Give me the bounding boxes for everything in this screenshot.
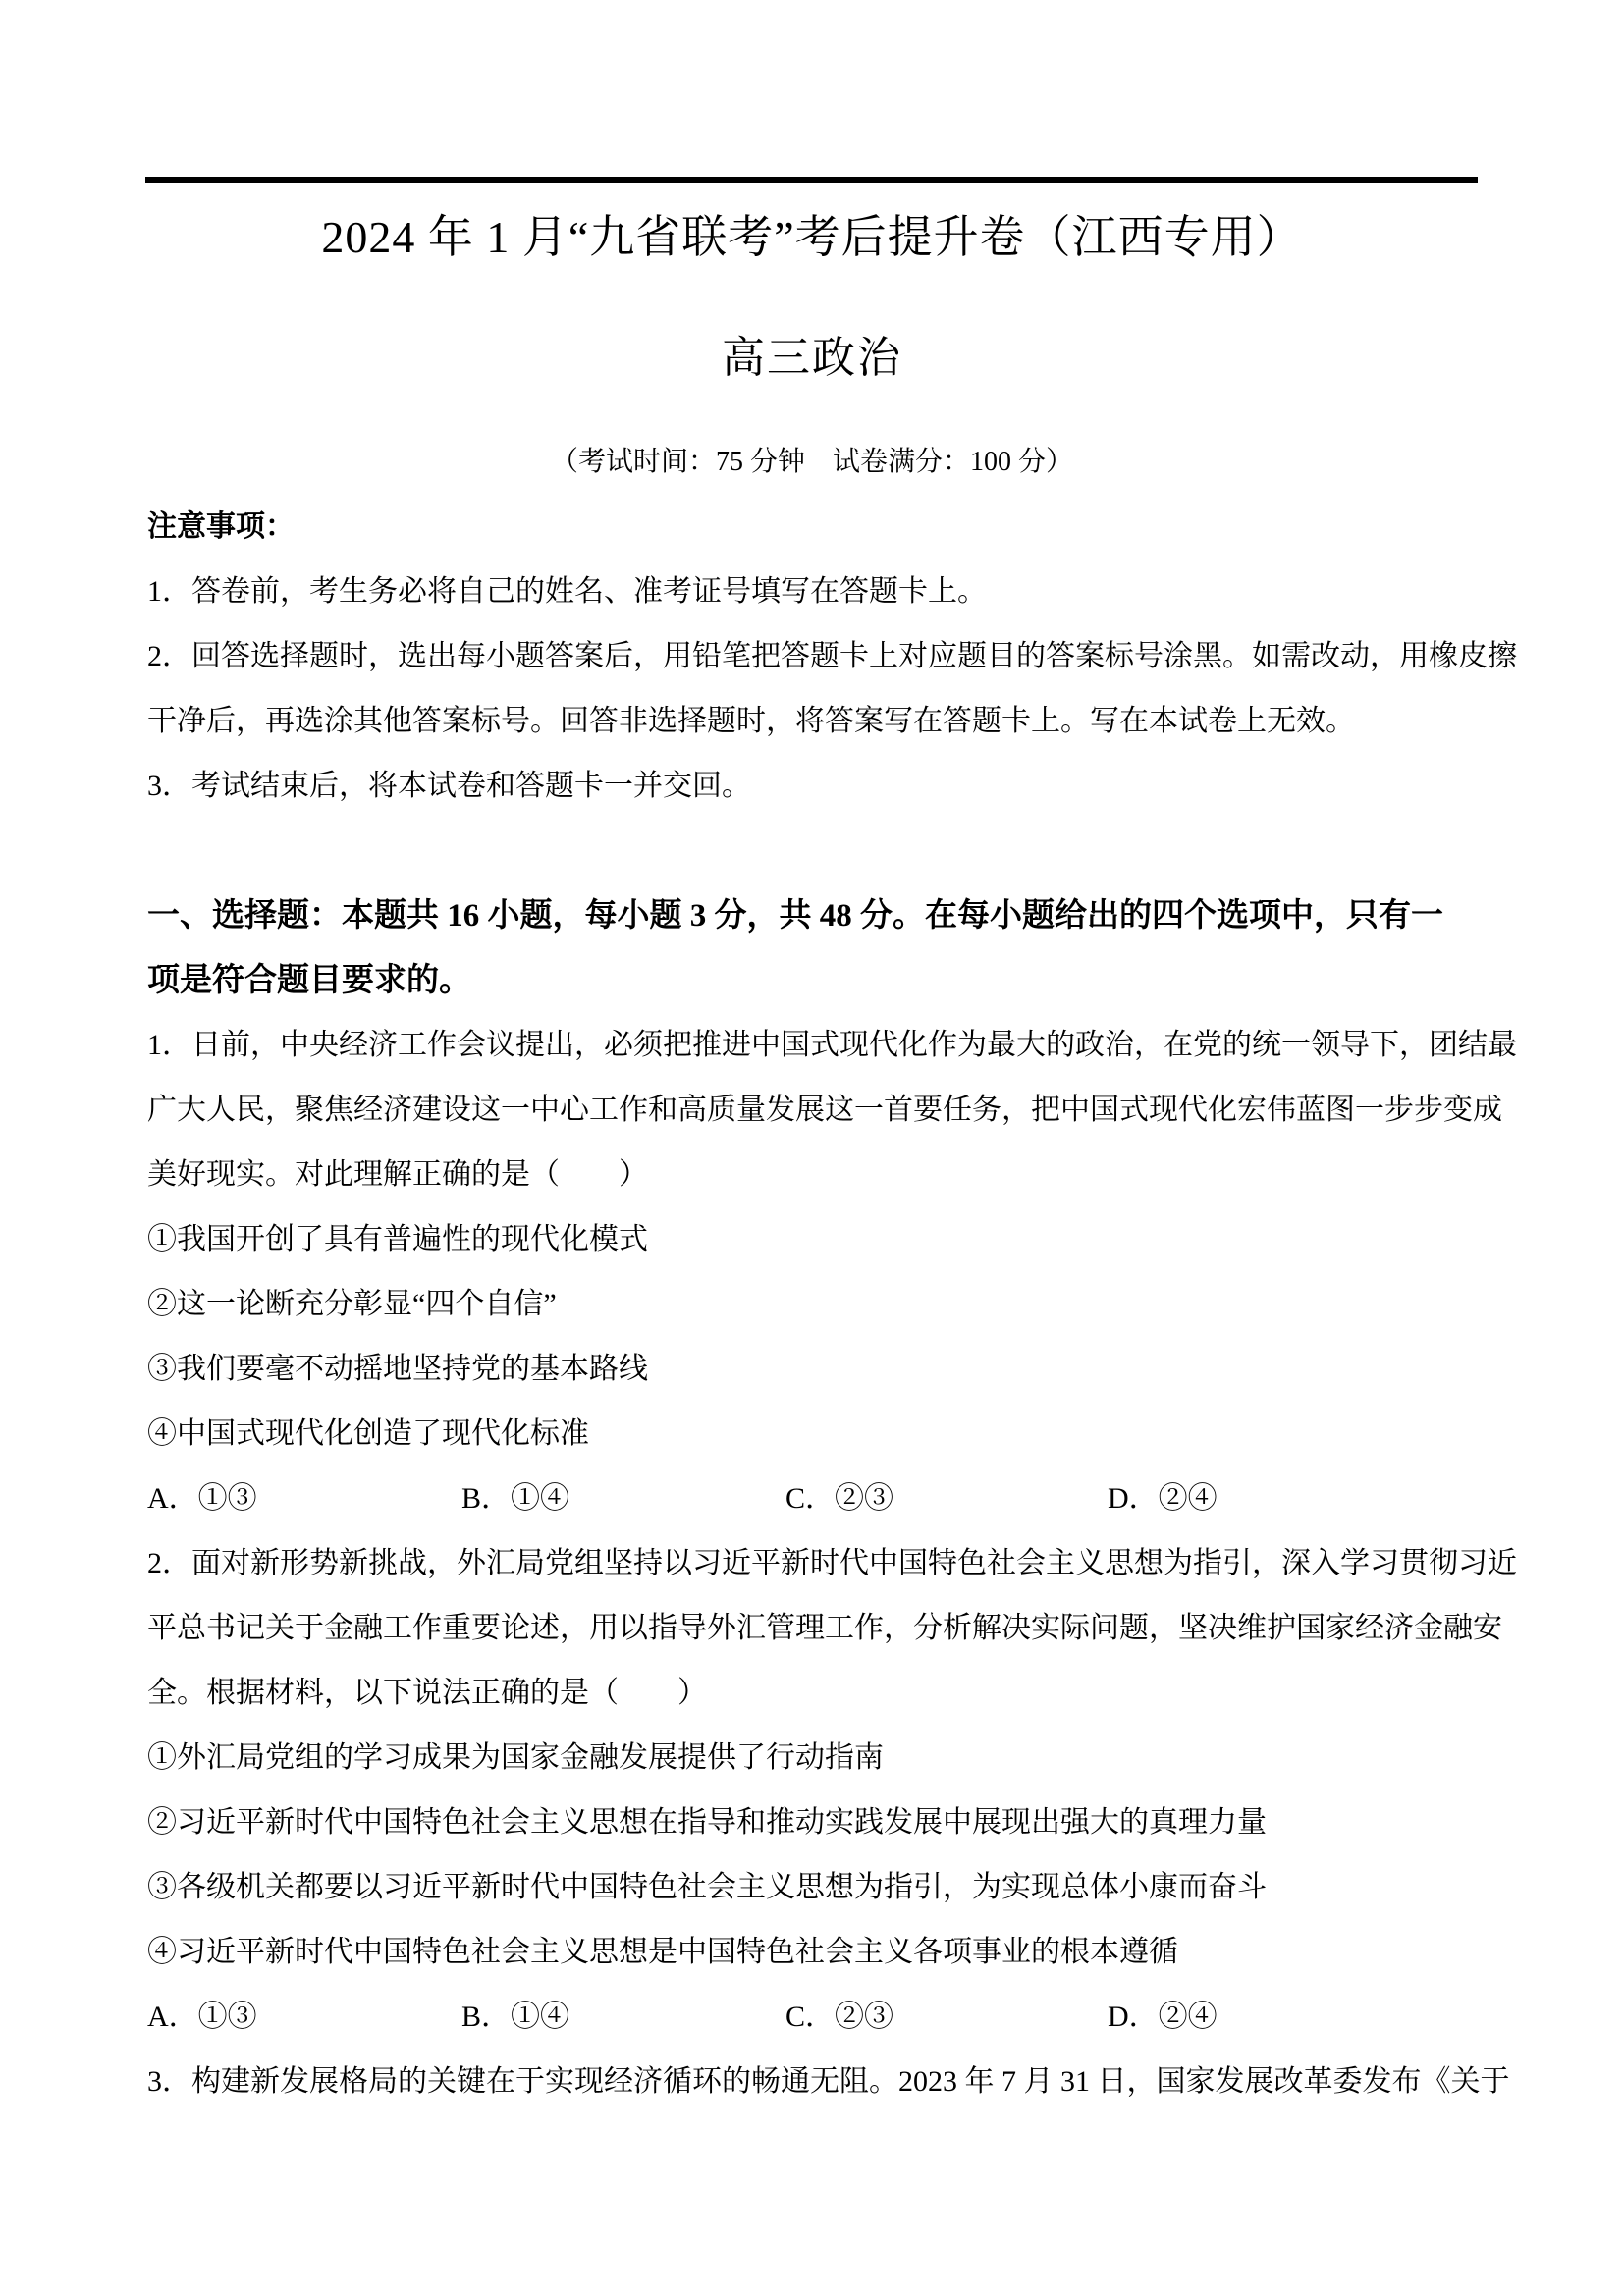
question2-stem-line-1: 2．面对新形势新挑战，外汇局党组坚持以习近平新时代中国特色社会主义思想为指引，深… — [147, 1531, 1478, 1596]
question1-stem-line-1: 1．日前，中央经济工作会议提出，必须把推进中国式现代化作为最大的政治，在党的统一… — [147, 1013, 1478, 1078]
question1-stem-line-2: 广大人民，聚焦经济建设这一中心工作和高质量发展这一首要任务，把中国式现代化宏伟蓝… — [147, 1078, 1478, 1143]
question2-stem-line-3: 全。根据材料，以下说法正确的是（ ） — [147, 1661, 1478, 1726]
question2-statement-4: ④习近平新时代中国特色社会主义思想是中国特色社会主义各项事业的根本遵循 — [147, 1920, 1478, 1985]
subject-title: 高三政治 — [0, 337, 1624, 380]
question2-option-a: A．①③ — [147, 1985, 257, 2050]
exam-info: （考试时间：75 分钟 试卷满分：100 分） — [0, 449, 1624, 476]
exam-paper-page: 2024 年 1 月“九省联考”考后提升卷（江西专用） 高三政治 （考试时间：7… — [0, 0, 1624, 2296]
question1-options-row: A．①③ B．①④ C．②③ D．②④ — [147, 1467, 1478, 1531]
question2-statement-2: ②习近平新时代中国特色社会主义思想在指导和推动实践发展中展现出强大的真理力量 — [147, 1790, 1478, 1855]
notice-line-4: 3．考试结束后，将本试卷和答题卡一并交回。 — [147, 754, 1478, 819]
notice-line-2: 2．回答选择题时，选出每小题答案后，用铅笔把答题卡上对应题目的答案标号涂黑。如需… — [147, 624, 1478, 689]
page-title: 2024 年 1 月“九省联考”考后提升卷（江西专用） — [0, 215, 1624, 260]
question1-option-d: D．②④ — [1108, 1467, 1218, 1531]
header-rule — [145, 177, 1478, 183]
notice-line-1: 1．答卷前，考生务必将自己的姓名、准考证号填写在答题卡上。 — [147, 560, 1478, 624]
question1-option-a: A．①③ — [147, 1467, 257, 1531]
question1-stem-line-3: 美好现实。对此理解正确的是（ ） — [147, 1143, 1478, 1207]
question2-statement-1: ①外汇局党组的学习成果为国家金融发展提供了行动指南 — [147, 1726, 1478, 1790]
question2-statement-3: ③各级机关都要以习近平新时代中国特色社会主义思想为指引，为实现总体小康而奋斗 — [147, 1855, 1478, 1920]
section-heading-line-1: 一、选择题：本题共 16 小题，每小题 3 分，共 48 分。在每小题给出的四个… — [147, 883, 1478, 948]
document-body: 注意事项： 1．答卷前，考生务必将自己的姓名、准考证号填写在答题卡上。 2．回答… — [147, 495, 1478, 2114]
question1-statement-1: ①我国开创了具有普遍性的现代化模式 — [147, 1207, 1478, 1272]
section-heading-line-2: 项是符合题目要求的。 — [147, 948, 1478, 1013]
question2-option-d: D．②④ — [1108, 1985, 1218, 2050]
question1-statement-2: ②这一论断充分彰显“四个自信” — [147, 1272, 1478, 1337]
question2-options-row: A．①③ B．①④ C．②③ D．②④ — [147, 1985, 1478, 2050]
question3-stem-line-1: 3．构建新发展格局的关键在于实现经济循环的畅通无阻。2023 年 7 月 31 … — [147, 2050, 1478, 2114]
question1-option-b: B．①④ — [461, 1467, 569, 1531]
question2-option-c: C．②③ — [785, 1985, 893, 2050]
notice-line-3: 干净后，再选涂其他答案标号。回答非选择题时，将答案写在答题卡上。写在本试卷上无效… — [147, 689, 1478, 754]
question2-stem-line-2: 平总书记关于金融工作重要论述，用以指导外汇管理工作，分析解决实际问题，坚决维护国… — [147, 1596, 1478, 1661]
notices-heading: 注意事项： — [147, 495, 1478, 560]
question2-option-b: B．①④ — [461, 1985, 569, 2050]
question1-option-c: C．②③ — [785, 1467, 893, 1531]
question1-statement-4: ④中国式现代化创造了现代化标准 — [147, 1402, 1478, 1467]
question1-statement-3: ③我们要毫不动摇地坚持党的基本路线 — [147, 1337, 1478, 1402]
